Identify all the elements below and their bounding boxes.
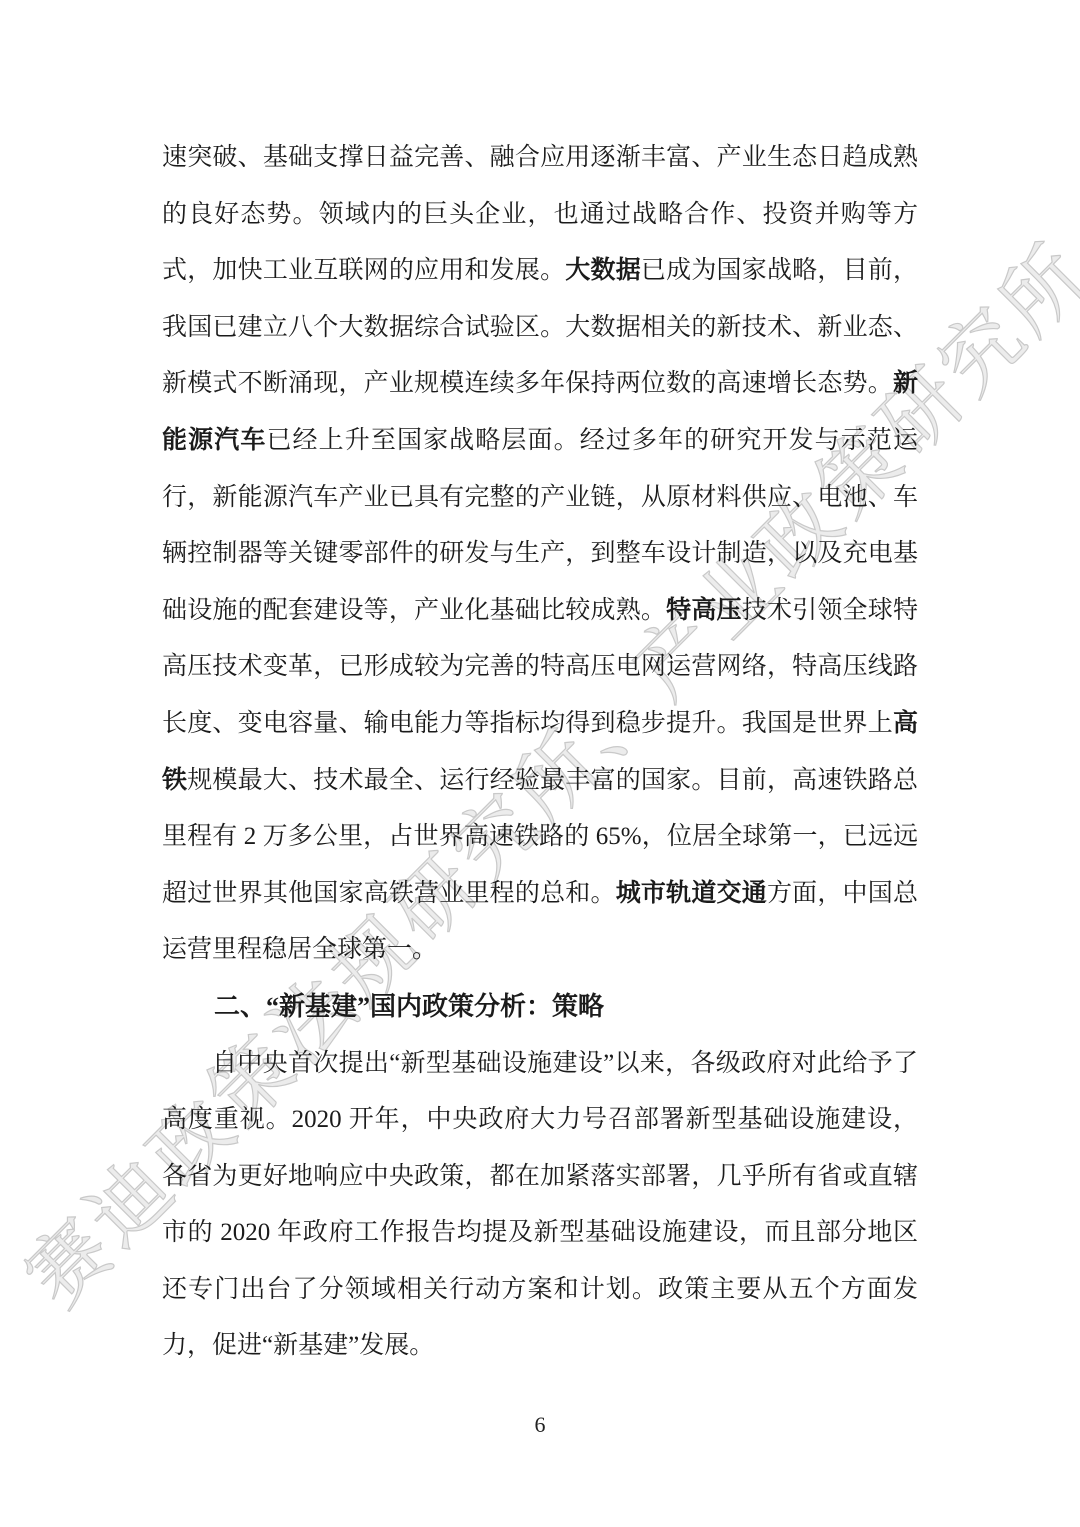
bold-term: 城市轨道交通: [616, 880, 767, 907]
bold-term: 特高压: [666, 597, 742, 624]
section-heading: 二、“新基建”国内政策分析：策略: [162, 979, 918, 1036]
body-paragraph: 自中央首次提出“新型基础设施建设”以来，各级政府对此给予了高度重视。2020 开…: [162, 1036, 918, 1376]
bold-term: 大数据: [565, 257, 641, 284]
text-run: 已经上升至国家战略层面。经过多年的研究开发与示范运行，新能源汽车产业已具有完整的…: [162, 427, 918, 624]
page-number: 6: [0, 1412, 1080, 1438]
document-page: 赛迪政策法规研究所、产业政策研究所 速突破、基础支撑日益完善、融合应用逐渐丰富、…: [0, 0, 1080, 1527]
text-run: 自中央首次提出“新型基础设施建设”以来，各级政府对此给予了高度重视。2020 开…: [162, 1050, 918, 1360]
document-body: 速突破、基础支撑日益完善、融合应用逐渐丰富、产业生态日趋成熟的良好态势。领域内的…: [162, 130, 918, 1375]
body-paragraph: 速突破、基础支撑日益完善、融合应用逐渐丰富、产业生态日趋成熟的良好态势。领域内的…: [162, 130, 918, 979]
bold-term: 二、“新基建”国内政策分析：策略: [214, 992, 604, 1021]
